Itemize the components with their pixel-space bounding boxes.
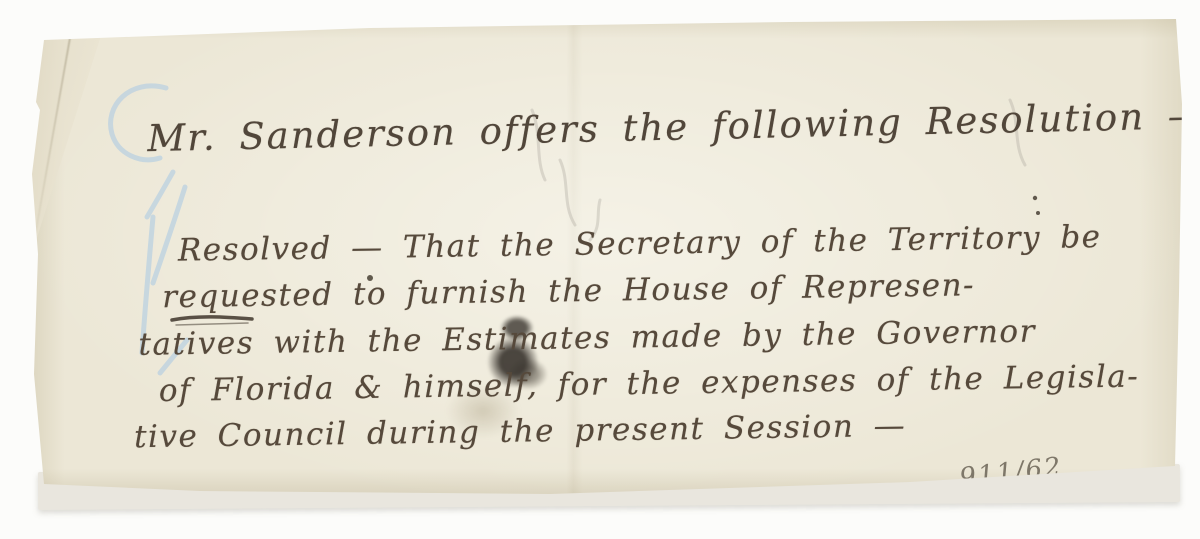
document-scan: Mr. Sanderson offers the following Resol… xyxy=(0,0,1200,539)
heading-line: Mr. Sanderson offers the following Resol… xyxy=(147,94,1200,160)
body-line: tive Council during the present Session … xyxy=(134,408,907,455)
handwritten-text: Mr. Sanderson offers the following Resol… xyxy=(29,10,1188,511)
manuscript-paper: Mr. Sanderson offers the following Resol… xyxy=(30,14,1186,508)
body-line: of Florida & himself, for the expenses o… xyxy=(159,358,1140,409)
body-line: tatives with the Estimates made by the G… xyxy=(138,313,1036,362)
body-line: requested to furnish the House of Repres… xyxy=(162,267,975,315)
body-line: Resolved — That the Secretary of the Ter… xyxy=(178,219,1102,269)
